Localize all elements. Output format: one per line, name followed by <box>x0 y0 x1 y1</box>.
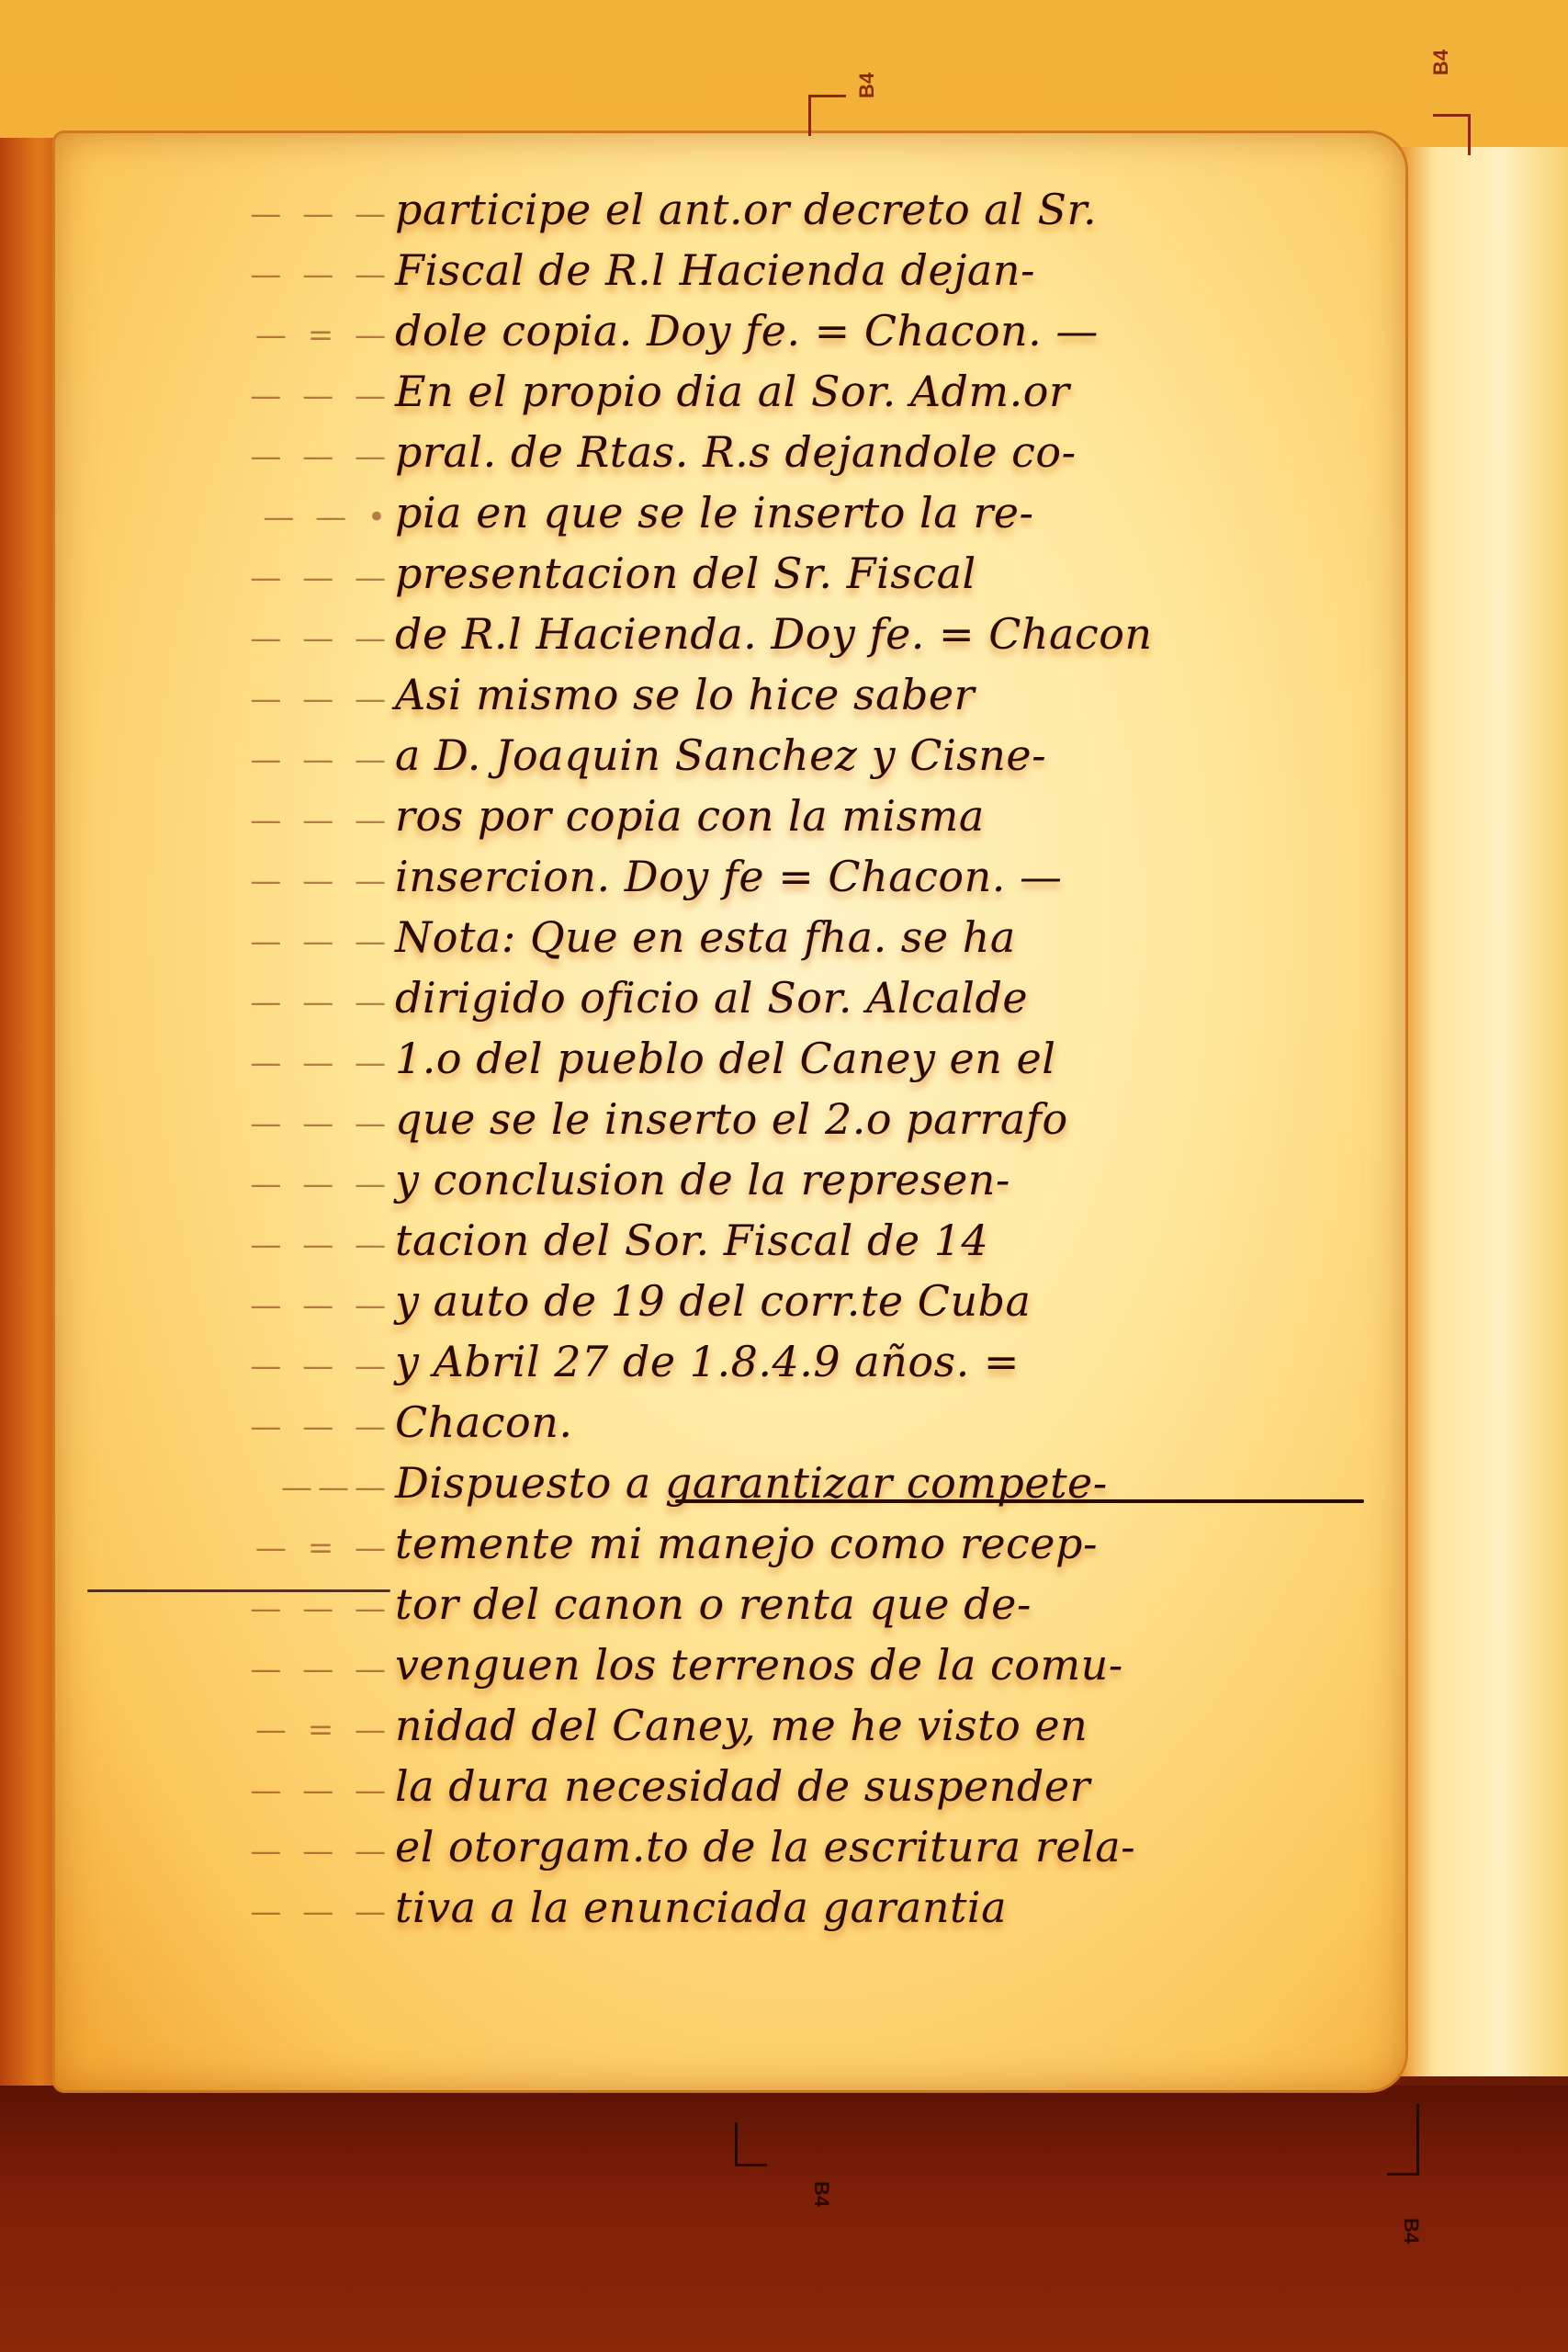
bleed-line: — — — <box>73 972 386 1033</box>
bleed-line: — — — <box>73 426 386 487</box>
bleed-line: — — — <box>73 1882 386 1942</box>
bleed-line: — — — <box>73 548 386 608</box>
bleed-line: — — — <box>73 1821 386 1882</box>
bottom-shadow <box>0 2086 1568 2352</box>
crop-mark-bottom-left <box>735 2122 767 2166</box>
margin-bleed-through: — — — — — — — = — — — — — — — • — — — — … <box>73 184 386 2067</box>
text-line: y conclusion de la represen- <box>395 1149 1369 1210</box>
text-line: Nota: Que en esta fha. se ha <box>395 907 1369 967</box>
crop-mark-top-right <box>1433 114 1471 155</box>
bleed-line: — — — <box>73 729 386 790</box>
bleed-line: — — — <box>73 366 386 426</box>
text-line: dole copia. Doy fe. = Chacon. — <box>395 300 1369 361</box>
text-line: de R.l Hacienda. Doy fe. = Chacon <box>395 604 1369 664</box>
text-line: y auto de 19 del corr.te Cuba <box>395 1271 1369 1331</box>
bleed-line: ——— <box>73 1457 386 1518</box>
reg-label-bottom-left: B4 <box>809 2181 833 2207</box>
bleed-line: — — — <box>73 1396 386 1457</box>
text-line: y Abril 27 de 1.8.4.9 años. = <box>395 1331 1369 1392</box>
facing-page-right <box>1396 147 1568 2076</box>
bleed-line: — — — <box>73 608 386 669</box>
text-line: Dispuesto a garantizar compete- <box>395 1453 1369 1513</box>
text-line: que se le inserto el 2.o parrafo <box>395 1089 1369 1149</box>
text-line: venguen los terrenos de la comu- <box>395 1634 1369 1695</box>
text-line: 1.o del pueblo del Caney en el <box>395 1028 1369 1089</box>
bleed-line: — — — <box>73 790 386 851</box>
text-line: el otorgam.to de la escritura rela- <box>395 1816 1369 1877</box>
bleed-line: — — — <box>73 244 386 305</box>
bleed-line: — — — <box>73 669 386 729</box>
text-line: ros por copia con la misma <box>395 786 1369 846</box>
bleed-line: — — — <box>73 1639 386 1700</box>
text-line: presentacion del Sr. Fiscal <box>395 543 1369 604</box>
text-line: En el propio dia al Sor. Adm.or <box>395 361 1369 422</box>
text-line: pral. de Rtas. R.s dejandole co- <box>395 422 1369 482</box>
bleed-line: — — — <box>73 1215 386 1275</box>
bleed-line: — — — <box>73 1760 386 1821</box>
bleed-line: — = — <box>73 1700 386 1760</box>
text-line: nidad del Caney, me he visto en <box>395 1695 1369 1756</box>
text-line: dirigido oficio al Sor. Alcalde <box>395 967 1369 1028</box>
text-line: Fiscal de R.l Hacienda dejan- <box>395 240 1369 300</box>
bleed-line: — — — <box>73 1336 386 1396</box>
bleed-line: — = — <box>73 305 386 366</box>
text-line: a D. Joaquin Sanchez y Cisne- <box>395 725 1369 786</box>
crop-mark-bottom-right <box>1387 2104 1419 2176</box>
text-line: la dura necesidad de suspender <box>395 1756 1369 1816</box>
text-line: participe el ant.or decreto al Sr. <box>395 179 1369 240</box>
manuscript-text: participe el ant.or decreto al Sr. Fisca… <box>395 179 1369 1938</box>
text-line: tor del canon o renta que de- <box>395 1574 1369 1634</box>
bleed-line: — — — <box>73 1578 386 1639</box>
text-line: Asi mismo se lo hice saber <box>395 664 1369 725</box>
margin-divider-rule <box>87 1589 390 1592</box>
bleed-line: — — — <box>73 851 386 911</box>
text-line: tacion del Sor. Fiscal de 14 <box>395 1210 1369 1271</box>
crop-mark-top-left <box>808 95 846 136</box>
bleed-line: — = — <box>73 1518 386 1578</box>
bleed-line: • — — <box>73 487 386 548</box>
bleed-line: — — — <box>73 1154 386 1215</box>
bleed-line: — — — <box>73 911 386 972</box>
bleed-line: — — — <box>73 1093 386 1154</box>
bleed-line: — — — <box>73 1275 386 1336</box>
text-line: insercion. Doy fe = Chacon. — <box>395 846 1369 907</box>
reg-label-top-right: B4 <box>1429 50 1453 75</box>
text-line: tiva a la enunciada garantia <box>395 1877 1369 1938</box>
reg-label-top-left: B4 <box>855 73 879 98</box>
text-line: temente mi manejo como recep- <box>395 1513 1369 1574</box>
bleed-line: — — — <box>73 184 386 244</box>
text-line: pia en que se le inserto la re- <box>395 482 1369 543</box>
section-divider-rule <box>675 1499 1364 1503</box>
signature-line: Chacon. <box>395 1392 1369 1453</box>
bleed-line: — — — <box>73 1033 386 1093</box>
reg-label-bottom-right: B4 <box>1399 2218 1423 2244</box>
